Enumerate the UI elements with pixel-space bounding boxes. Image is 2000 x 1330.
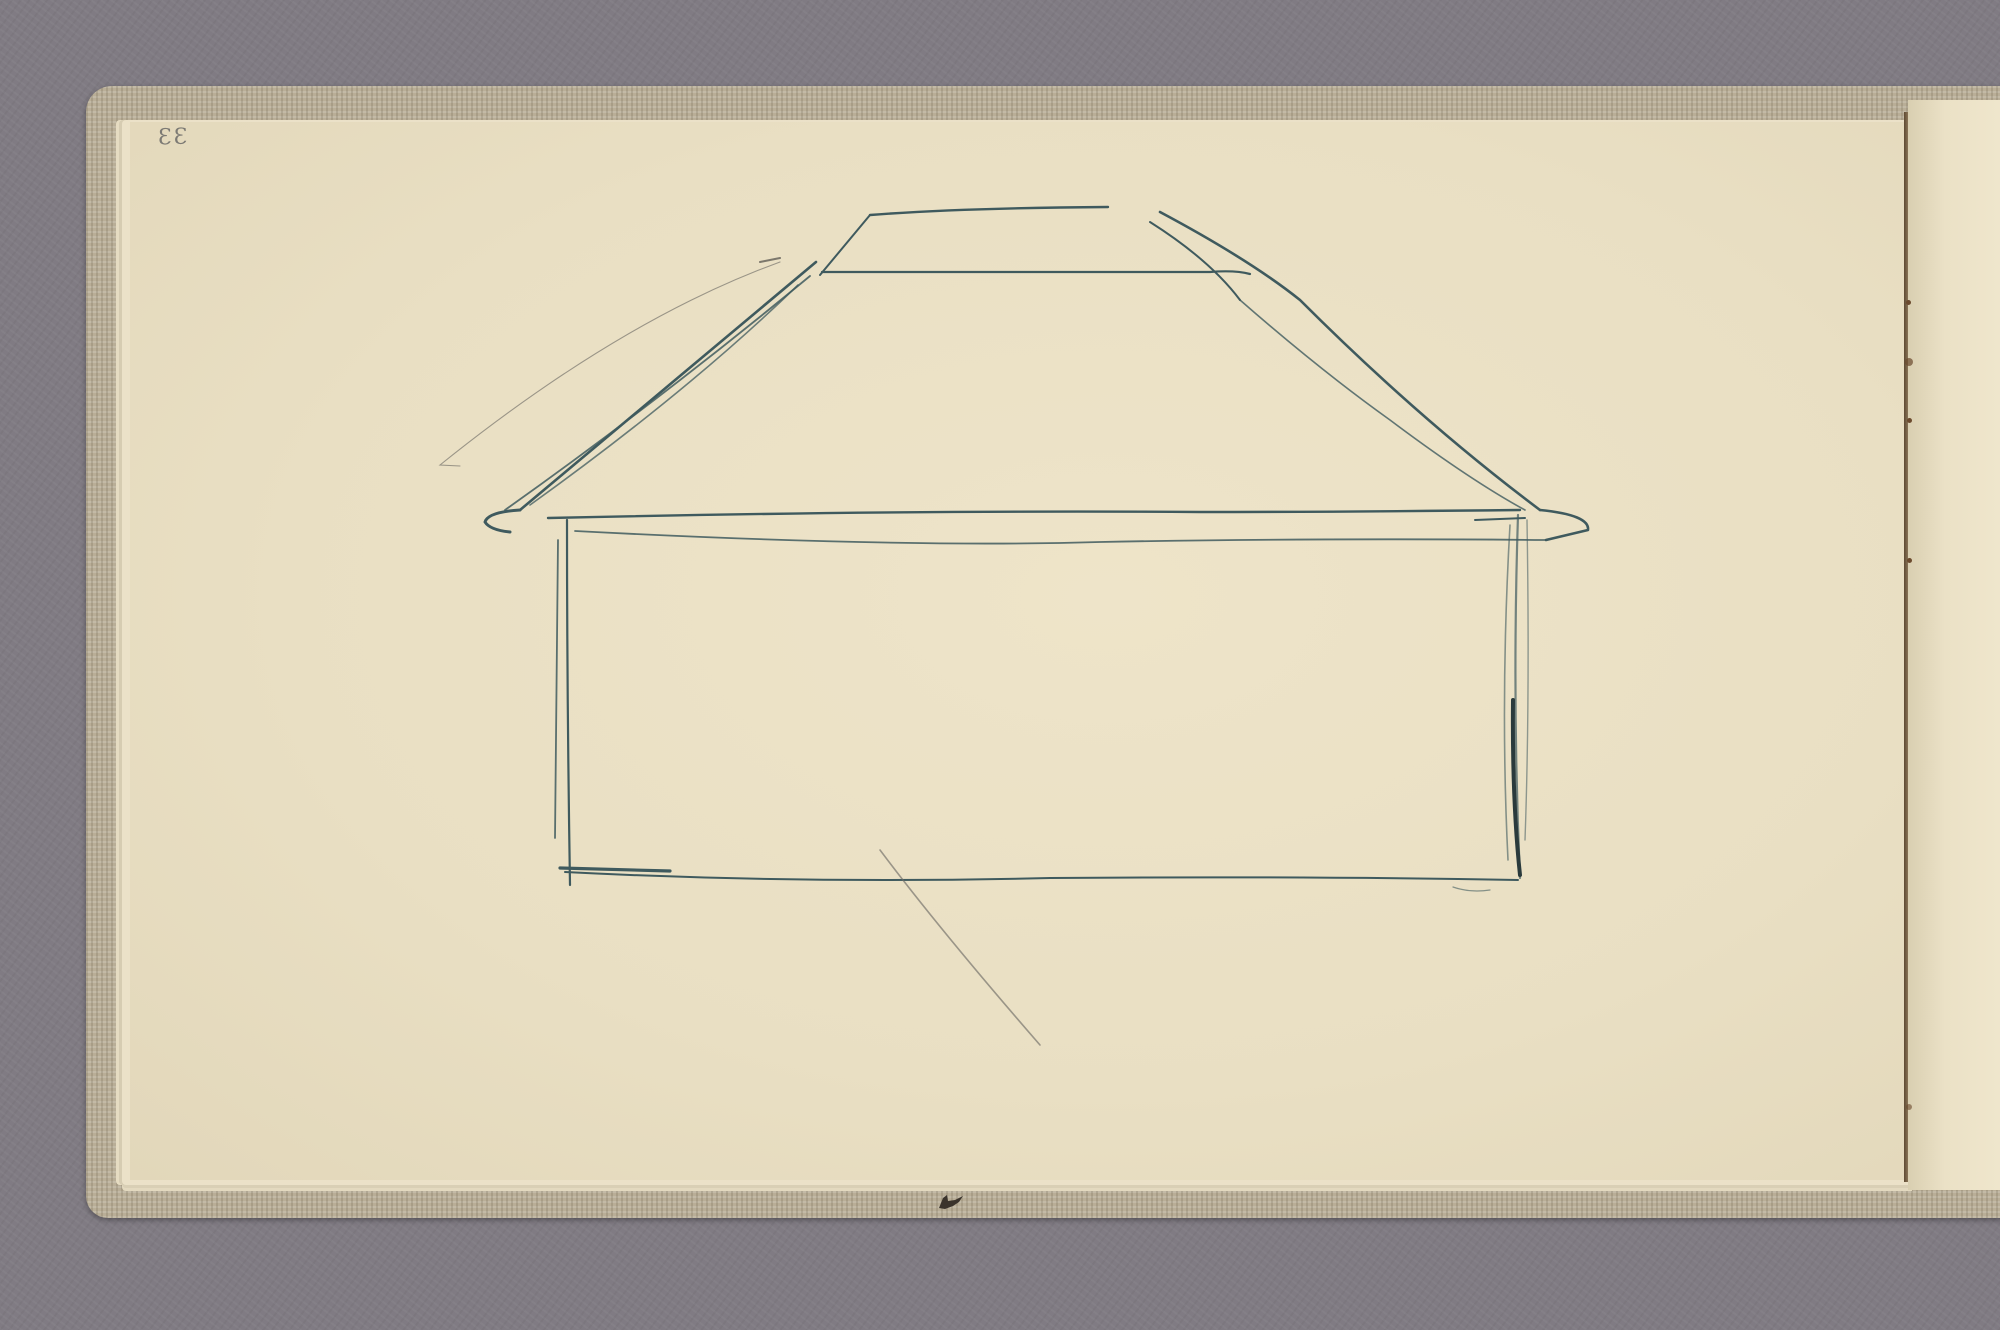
house-sketch — [0, 0, 2000, 1330]
